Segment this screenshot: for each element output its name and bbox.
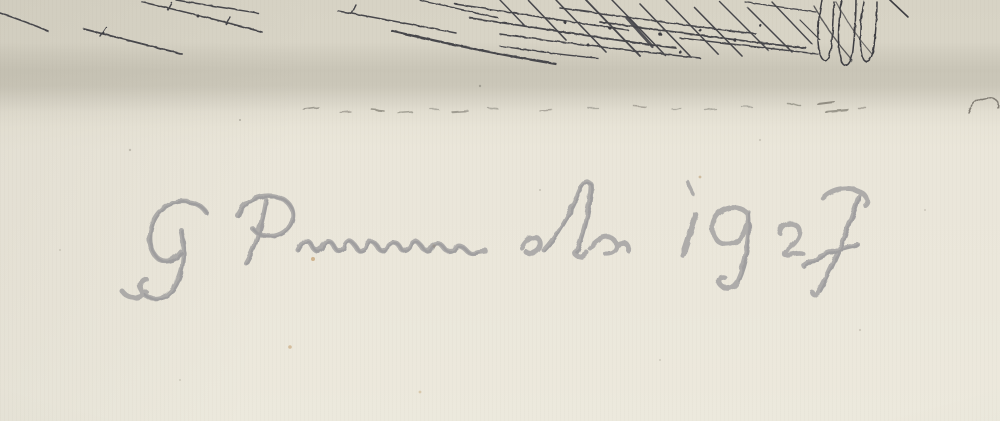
etching-scribble <box>814 0 908 65</box>
artwork-render <box>0 0 1000 421</box>
photo-etching-signature-detail: G Pauwels 1927 <box>0 0 1000 421</box>
plate-edge-dashes <box>303 98 998 113</box>
pencil-signature-strokes <box>122 181 867 300</box>
etching-hatch-lines <box>0 0 820 64</box>
